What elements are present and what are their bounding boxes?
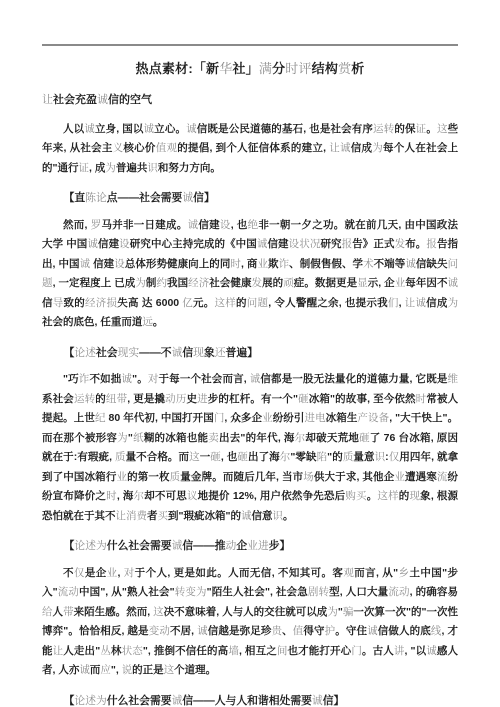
document-page: 热点素材:「新华社」满分时评结构赏析 让社会充盈诚信的空气 人以诚立身, 国以诚… bbox=[0, 0, 500, 707]
section-heading-2: 【论述社会现实——不诚信现象还普遍】 bbox=[42, 344, 458, 364]
section-heading-1: 【直陈论点——社会需要诚信】 bbox=[42, 189, 458, 209]
top-divider bbox=[42, 44, 458, 46]
article-paragraph-4: 不仅是企业, 对于个人, 更是如此。人而无信, 不知其可。客观而言, 从"乡土中… bbox=[42, 564, 458, 681]
article-subtitle: 让社会充盈诚信的空气 bbox=[42, 91, 458, 111]
section-heading-3: 【论述为什么社会需要诚信——推动企业进步】 bbox=[42, 537, 458, 557]
article-paragraph-2: 然而, 罗马并非一日建成。诚信建设, 也绝非一朝一夕之功。就在前几天, 由中国政… bbox=[42, 216, 458, 333]
article-title: 热点素材:「新华社」满分时评结构赏析 bbox=[42, 60, 458, 78]
article-paragraph-1: 人以诚立身, 国以诚立心。诚信既是公民道德的基石, 也是社会有序运转的保证。这些… bbox=[42, 120, 458, 179]
article-paragraph-3: "巧诈不如拙诚"。对于每一个社会而言, 诚信都是一股无法量化的道德力量, 它既是… bbox=[42, 370, 458, 526]
page-content: 热点素材:「新华社」满分时评结构赏析 让社会充盈诚信的空气 人以诚立身, 国以诚… bbox=[0, 44, 500, 707]
section-heading-4: 【论述为什么社会需要诚信——人与人和谐相处需要诚信】 bbox=[42, 692, 458, 707]
